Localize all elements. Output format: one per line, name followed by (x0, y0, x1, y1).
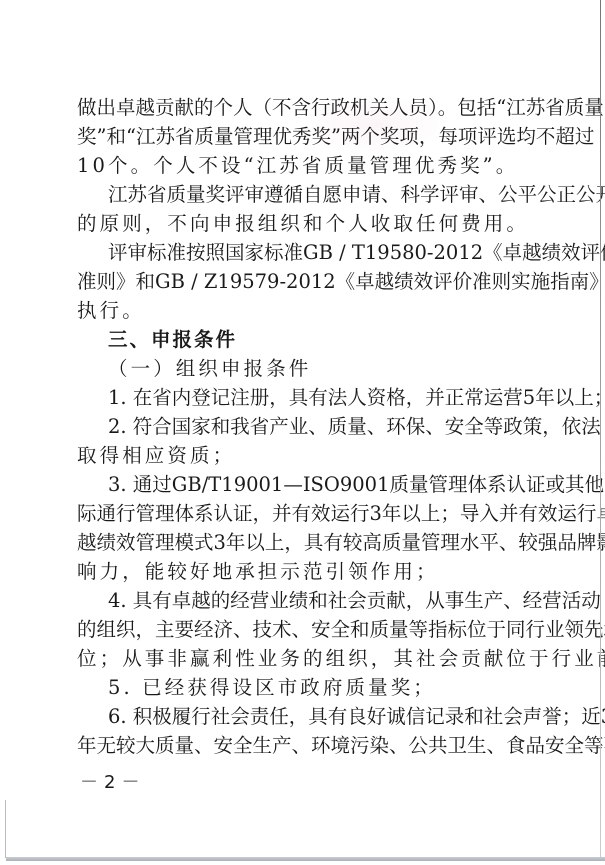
text-line-6: 评审标准按照国家标准GB / T19580-2012《卓越绩效评价 (108, 242, 523, 264)
text-line-18: 4. 具有卓越的经营业绩和社会贡献，从事生产、经营活动 (108, 590, 523, 612)
section-heading: 三、申报条件 (108, 329, 523, 351)
document-page: 做出卓越贡献的个人（不含行政机关人员）。包括“江苏省质量 奖”和“江苏省质量管理… (0, 0, 605, 865)
text-line-21: 5. 已经获得设区市政府质量奖； (108, 677, 523, 699)
scan-edge-right (600, 0, 601, 858)
text-line-7: 准则》和GB / Z19579-2012《卓越绩效评价准则实施指南》等 (77, 271, 523, 293)
text-line-3: 10个。个人不设“江苏省质量管理优秀奖”。 (77, 155, 523, 177)
text-line-13: 取得相应资质； (77, 445, 523, 467)
text-line-1: 做出卓越贡献的个人（不含行政机关人员）。包括“江苏省质量 (77, 97, 523, 119)
text-line-5: 的原则，不向申报组织和个人收取任何费用。 (77, 213, 523, 235)
text-line-16: 越绩效管理模式3年以上，具有较高质量管理水平、较强品牌影 (77, 532, 523, 554)
text-line-2: 奖”和“江苏省质量管理优秀奖”两个奖项，每项评选均不超过 (77, 126, 523, 148)
text-line-22: 6. 积极履行社会责任，具有良好诚信记录和社会声誉；近3 (108, 706, 523, 728)
text-line-19: 的组织，主要经济、技术、安全和质量等指标位于同行业领先地 (77, 619, 523, 641)
subsection-heading: （一）组织申报条件 (108, 358, 523, 380)
text-line-20: 位；从事非赢利性业务的组织，其社会贡献位于行业前列； (77, 648, 523, 670)
text-line-15: 际通行管理体系认证，并有效运行3年以上；导入并有效运行卓 (77, 503, 523, 525)
text-line-17: 响力，能较好地承担示范引领作用； (77, 561, 523, 583)
text-line-11: 1. 在省内登记注册，具有法人资格，并正常运营5年以上； (108, 387, 523, 409)
scan-edge-bottom (6, 857, 605, 861)
text-line-4: 江苏省质量奖评审遵循自愿申请、科学评审、公平公正公开 (108, 184, 523, 206)
text-line-14: 3. 通过GB/T19001—ISO9001质量管理体系认证或其他国 (108, 474, 523, 496)
page-number: －2－ (80, 768, 145, 794)
scan-edge-left (5, 800, 6, 858)
text-line-8: 执行。 (77, 300, 523, 322)
text-line-23: 年无较大质量、安全生产、环境污染、公共卫生、食品安全等事 (77, 735, 523, 757)
text-line-12: 2. 符合国家和我省产业、质量、环保、安全等政策，依法 (108, 416, 523, 438)
